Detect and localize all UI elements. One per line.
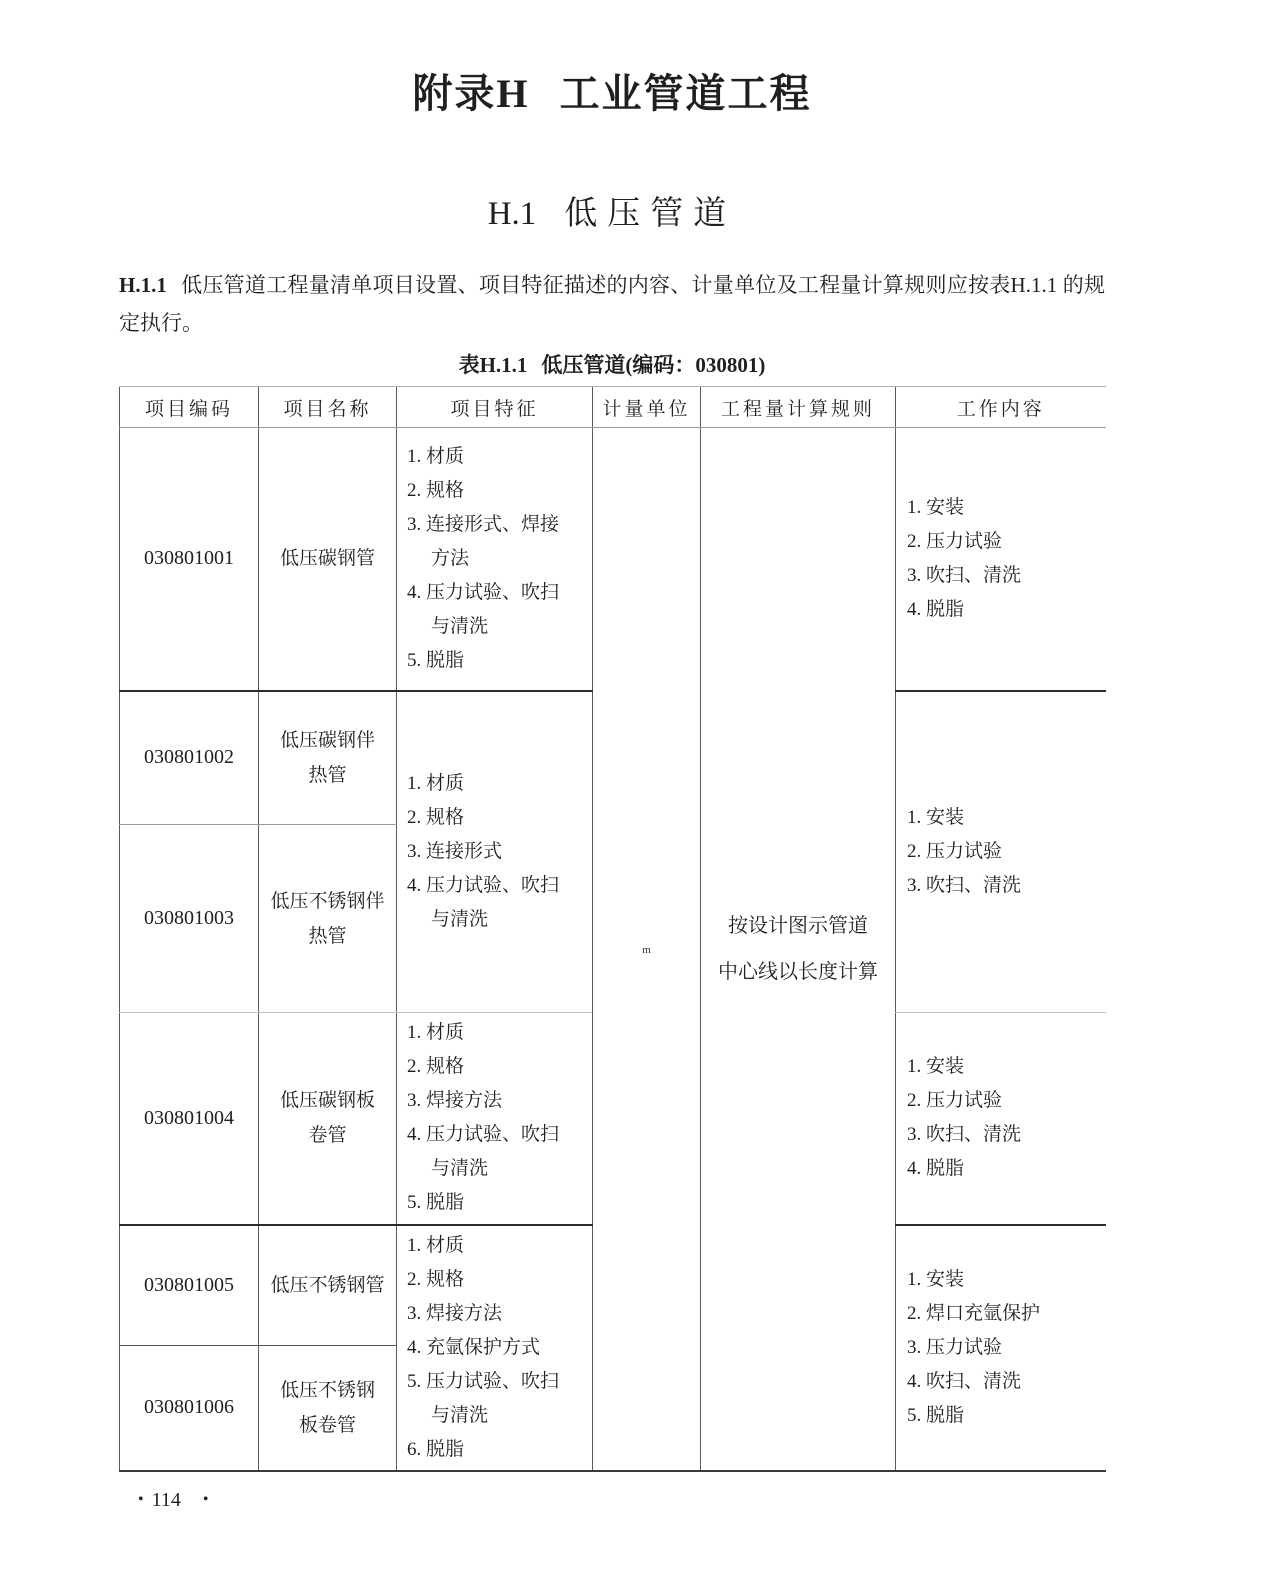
unit-cell: m — [593, 428, 701, 1471]
list-item: 3. 压力试验 — [907, 1331, 1106, 1365]
work-list: 1. 安装2. 压力试验3. 吹扫、清洗 — [896, 801, 1106, 903]
appendix-label: 附录H — [412, 71, 529, 116]
feature-cell: 1. 材质2. 规格3. 焊接方法4. 压力试验、吹扫 与清洗5. 脱脂 — [397, 1013, 593, 1225]
item-name: 低压碳钢管 — [259, 428, 397, 691]
list-item: 1. 安装 — [907, 801, 1106, 835]
page-number: 114 — [152, 1489, 181, 1511]
feature-cell: 1. 材质2. 规格3. 连接形式4. 压力试验、吹扫 与清洗 — [397, 691, 593, 1013]
clause-text: 低压管道工程量清单项目设置、项目特征描述的内容、计量单位及工程量计算规则应按表H… — [119, 273, 1105, 335]
list-item: 5. 脱脂 — [907, 1399, 1106, 1433]
item-name: 低压不锈钢管 — [259, 1225, 397, 1346]
list-item: 5. 脱脂 — [407, 644, 592, 678]
section-heading: H.1低压管道 — [119, 194, 1105, 234]
calculation-rule-cell: 按设计图示管道 中心线以长度计算 — [701, 428, 896, 1471]
feature-list: 1. 材质2. 规格3. 连接形式4. 压力试验、吹扫 与清洗 — [397, 767, 592, 937]
list-item: 4. 脱脂 — [907, 1152, 1106, 1186]
appendix-heading: 附录H工业管道工程 — [119, 0, 1105, 118]
item-code: 030801002 — [120, 691, 259, 825]
item-code: 030801004 — [120, 1013, 259, 1225]
col-header-calculation-rule: 工程量计算规则 — [701, 387, 896, 428]
list-item: 3. 焊接方法 — [407, 1084, 592, 1118]
feature-list: 1. 材质2. 规格3. 焊接方法4. 压力试验、吹扫 与清洗5. 脱脂 — [397, 1016, 592, 1220]
list-item: 2. 规格 — [407, 801, 592, 835]
table-row: 030801001 低压碳钢管 1. 材质2. 规格3. 连接形式、焊接 方法4… — [120, 428, 1106, 691]
list-item: 2. 规格 — [407, 474, 592, 508]
list-item: 3. 吹扫、清洗 — [907, 869, 1106, 903]
list-item: 3. 焊接方法 — [407, 1297, 592, 1331]
work-content-cell: 1. 安装2. 焊口充氩保护3. 压力试验4. 吹扫、清洗5. 脱脂 — [896, 1225, 1106, 1471]
list-item: 2. 规格 — [407, 1050, 592, 1084]
list-item: 1. 安装 — [907, 1263, 1106, 1297]
list-item: 4. 充氩保护方式 — [407, 1331, 592, 1365]
feature-cell: 1. 材质2. 规格3. 连接形式、焊接 方法4. 压力试验、吹扫 与清洗5. … — [397, 428, 593, 691]
footer-bullet-left: • — [138, 1491, 144, 1508]
appendix-title: 工业管道工程 — [560, 71, 812, 116]
section-number: H.1 — [488, 196, 537, 232]
work-content-cell: 1. 安装2. 压力试验3. 吹扫、清洗4. 脱脂 — [896, 1013, 1106, 1225]
table-header-row: 项目编码 项目名称 项目特征 计量单位 工程量计算规则 工作内容 — [120, 387, 1106, 428]
list-item: 4. 压力试验、吹扫 与清洗 — [407, 1118, 592, 1186]
page-footer: •114• — [119, 1488, 1105, 1512]
list-item: 4. 脱脂 — [907, 593, 1106, 627]
list-item: 3. 连接形式、焊接 方法 — [407, 508, 592, 576]
work-list: 1. 安装2. 焊口充氩保护3. 压力试验4. 吹扫、清洗5. 脱脂 — [896, 1263, 1106, 1433]
unit-value: m — [642, 944, 651, 956]
list-item: 4. 压力试验、吹扫 与清洗 — [407, 869, 592, 937]
list-item: 3. 吹扫、清洗 — [907, 559, 1106, 593]
col-header-item-features: 项目特征 — [397, 387, 593, 428]
list-item: 1. 材质 — [407, 440, 592, 474]
item-name: 低压碳钢伴 热管 — [259, 691, 397, 825]
clause-paragraph: H.1.1低压管道工程量清单项目设置、项目特征描述的内容、计量单位及工程量计算规… — [119, 266, 1105, 342]
item-code: 030801003 — [120, 825, 259, 1013]
col-header-item-name: 项目名称 — [259, 387, 397, 428]
table-h11: 项目编码 项目名称 项目特征 计量单位 工程量计算规则 工作内容 0308010… — [119, 386, 1106, 1472]
work-list: 1. 安装2. 压力试验3. 吹扫、清洗4. 脱脂 — [896, 1050, 1106, 1186]
document-page: 附录H工业管道工程 H.1低压管道 H.1.1低压管道工程量清单项目设置、项目特… — [0, 0, 1269, 1587]
footer-bullet-right: • — [203, 1491, 209, 1508]
work-list: 1. 安装2. 压力试验3. 吹扫、清洗4. 脱脂 — [896, 491, 1106, 627]
feature-list: 1. 材质2. 规格3. 连接形式、焊接 方法4. 压力试验、吹扫 与清洗5. … — [397, 440, 592, 678]
section-name: 低压管道 — [564, 196, 736, 232]
list-item: 5. 脱脂 — [407, 1186, 592, 1220]
list-item: 2. 压力试验 — [907, 1084, 1106, 1118]
table-caption-title: 低压管道(编码：030801) — [541, 353, 765, 377]
list-item: 5. 压力试验、吹扫 与清洗 — [407, 1365, 592, 1433]
list-item: 2. 压力试验 — [907, 525, 1106, 559]
list-item: 4. 压力试验、吹扫 与清洗 — [407, 576, 592, 644]
item-code: 030801006 — [120, 1346, 259, 1471]
list-item: 6. 脱脂 — [407, 1433, 592, 1467]
table-caption: 表H.1.1低压管道(编码：030801) — [119, 352, 1105, 378]
list-item: 1. 安装 — [907, 1050, 1106, 1084]
col-header-item-code: 项目编码 — [120, 387, 259, 428]
item-code: 030801005 — [120, 1225, 259, 1346]
table-caption-label: 表H.1.1 — [459, 353, 528, 377]
item-name: 低压不锈钢 板卷管 — [259, 1346, 397, 1471]
work-content-cell: 1. 安装2. 压力试验3. 吹扫、清洗 — [896, 691, 1106, 1013]
clause-number: H.1.1 — [119, 273, 167, 297]
content-area: 附录H工业管道工程 H.1低压管道 H.1.1低压管道工程量清单项目设置、项目特… — [119, 0, 1105, 1512]
item-name: 低压碳钢板 卷管 — [259, 1013, 397, 1225]
feature-cell: 1. 材质2. 规格3. 焊接方法4. 充氩保护方式5. 压力试验、吹扫 与清洗… — [397, 1225, 593, 1471]
list-item: 3. 连接形式 — [407, 835, 592, 869]
list-item: 1. 材质 — [407, 1229, 592, 1263]
work-content-cell: 1. 安装2. 压力试验3. 吹扫、清洗4. 脱脂 — [896, 428, 1106, 691]
list-item: 2. 规格 — [407, 1263, 592, 1297]
list-item: 1. 材质 — [407, 1016, 592, 1050]
item-code: 030801001 — [120, 428, 259, 691]
list-item: 4. 吹扫、清洗 — [907, 1365, 1106, 1399]
feature-list: 1. 材质2. 规格3. 焊接方法4. 充氩保护方式5. 压力试验、吹扫 与清洗… — [397, 1229, 592, 1467]
list-item: 3. 吹扫、清洗 — [907, 1118, 1106, 1152]
list-item: 1. 安装 — [907, 491, 1106, 525]
item-name: 低压不锈钢伴 热管 — [259, 825, 397, 1013]
list-item: 1. 材质 — [407, 767, 592, 801]
col-header-work-content: 工作内容 — [896, 387, 1106, 428]
col-header-unit: 计量单位 — [593, 387, 701, 428]
list-item: 2. 压力试验 — [907, 835, 1106, 869]
list-item: 2. 焊口充氩保护 — [907, 1297, 1106, 1331]
